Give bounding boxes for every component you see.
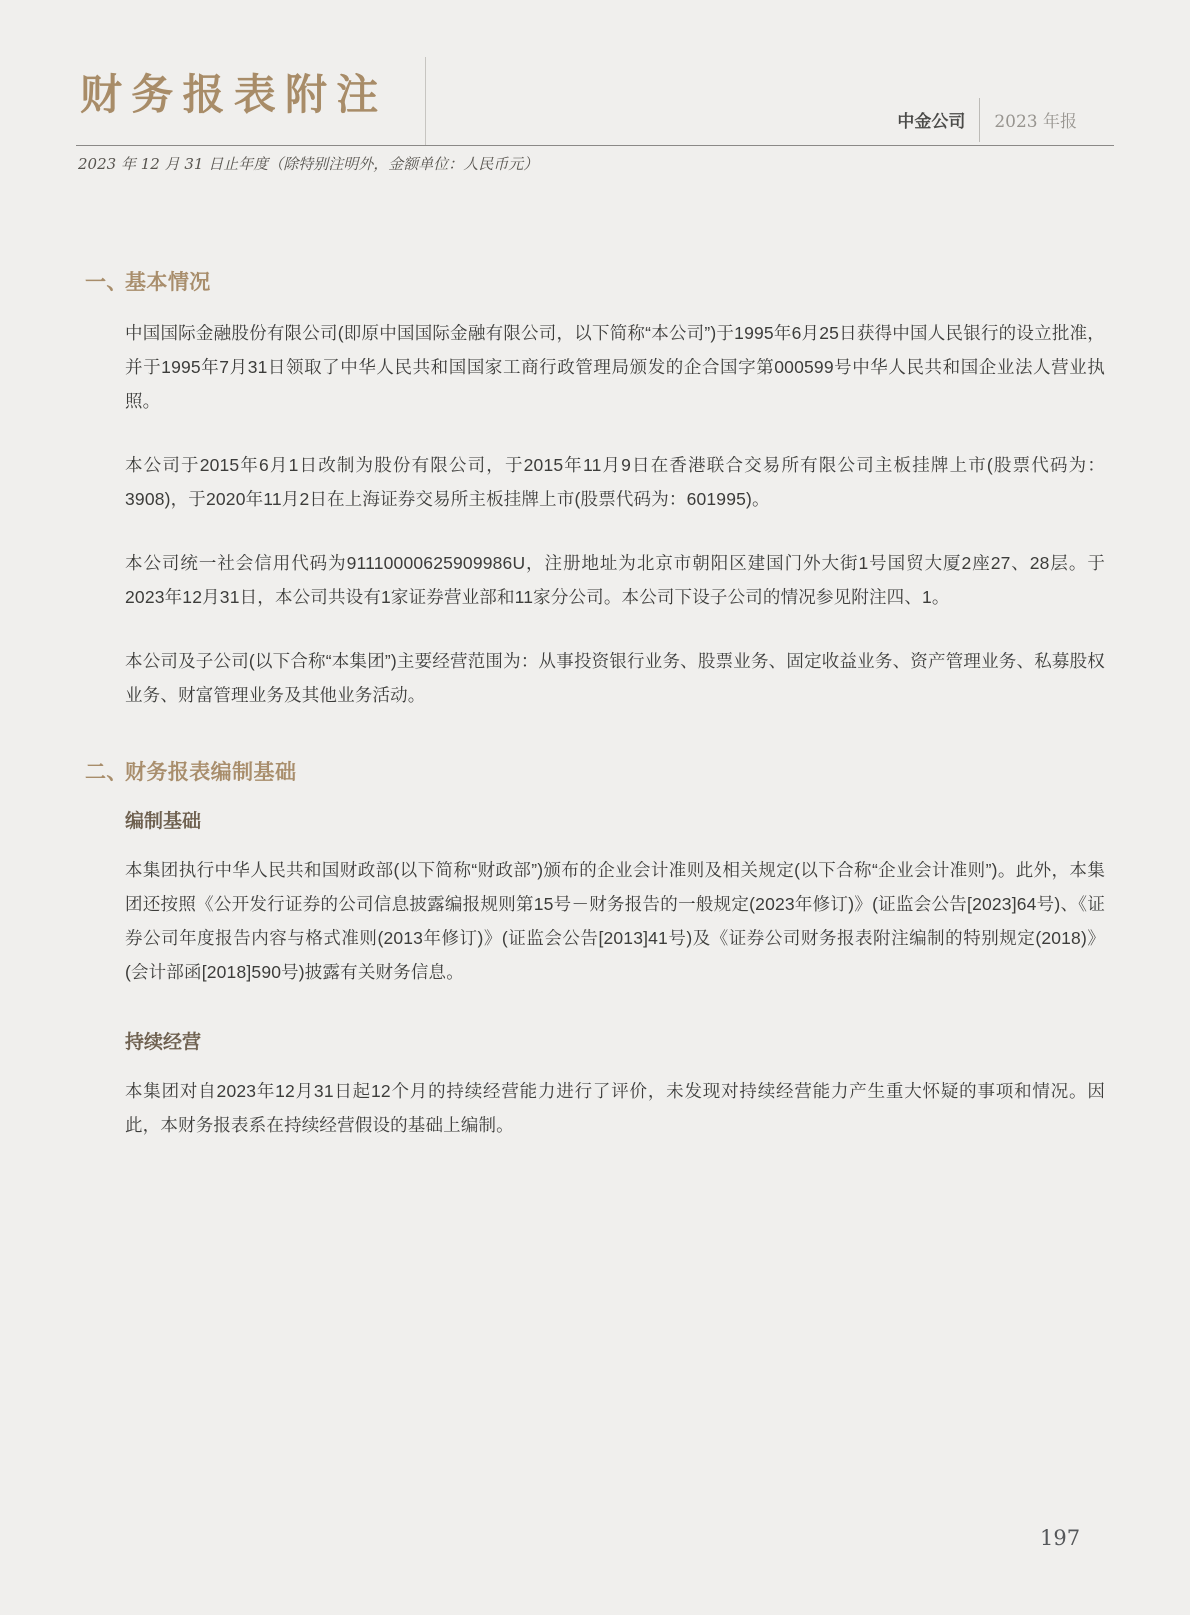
paragraph-credit-code-address: 本公司统一社会信用代码为91110000625909986U，注册地址为北京市朝… (125, 546, 1105, 614)
paragraph-business-scope: 本公司及子公司(以下合称“本集团”)主要经营范围为：从事投资银行业务、股票业务、… (125, 644, 1105, 712)
paragraph-listing-history: 本公司于2015年6月1日改制为股份有限公司，于2015年11月9日在香港联合交… (125, 448, 1105, 516)
section-heading-label: 基本情况 (125, 266, 211, 296)
section-heading-preparation-basis: 二、 财务报表编制基础 (85, 756, 1105, 786)
report-page: 财务报表附注 中金公司 2023 年报 2023 年 12 月 31 日止年度（… (0, 0, 1190, 1615)
header-rule (76, 145, 1114, 146)
subsection-heading-preparation-basis: 编制基础 (125, 806, 1105, 833)
content-area: 一、 基本情况 中国国际金融股份有限公司(即原中国国际金融有限公司，以下简称“本… (85, 266, 1105, 1172)
section-body-basic-information: 中国国际金融股份有限公司(即原中国国际金融有限公司，以下简称“本公司”)于199… (125, 316, 1105, 712)
section-number: 一、 (85, 266, 125, 296)
subsection-heading-going-concern: 持续经营 (125, 1027, 1105, 1054)
section-heading-label: 财务报表编制基础 (125, 756, 296, 786)
section-number: 二、 (85, 756, 125, 786)
section-heading-basic-information: 一、 基本情况 (85, 266, 1105, 296)
brand-name: 中金公司 (897, 107, 979, 142)
paragraph-going-concern: 本集团对自2023年12月31日起12个月的持续经营能力进行了评价，未发现对持续… (125, 1074, 1105, 1142)
brand-block: 中金公司 2023 年报 (897, 98, 1077, 142)
title-divider (425, 57, 426, 145)
paragraph-company-establishment: 中国国际金融股份有限公司(即原中国国际金融有限公司，以下简称“本公司”)于199… (125, 316, 1105, 418)
page-number: 197 (1040, 1526, 1080, 1550)
report-edition: 2023 年报 (980, 107, 1077, 142)
paragraph-accounting-standards: 本集团执行中华人民共和国财政部(以下简称“财政部”)颁布的企业会计准则及相关规定… (125, 853, 1105, 989)
page-subtitle: 2023 年 12 月 31 日止年度（除特别注明外，金额单位：人民币元） (78, 153, 538, 174)
page-title: 财务报表附注 (80, 62, 387, 122)
section-body-preparation-basis: 编制基础 本集团执行中华人民共和国财政部(以下简称“财政部”)颁布的企业会计准则… (125, 806, 1105, 1142)
